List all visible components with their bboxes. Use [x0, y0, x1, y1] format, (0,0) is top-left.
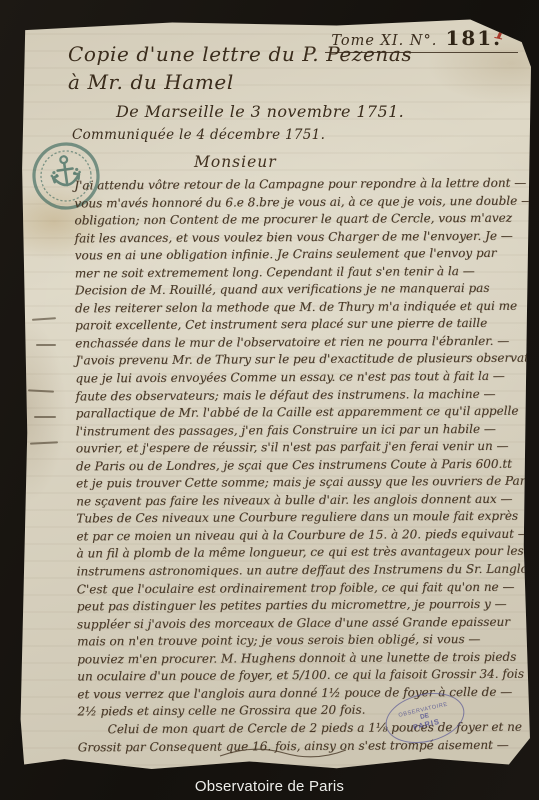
caption-text: Observatoire de Paris	[195, 778, 344, 795]
oval-stamp-line3: PARIS	[412, 717, 441, 732]
margin-ink-mark	[32, 317, 56, 321]
letter-communicated-date: Communiquée le 4 décembre 1751.	[72, 127, 412, 143]
manuscript-page: Tome XI. N°. 181.1 Copie d'une lettre du…	[18, 18, 532, 772]
letter-body: J'ai attendu vôtre retour de la Campagne…	[74, 175, 532, 757]
margin-ink-mark	[36, 344, 56, 346]
manuscript-line: instrumens astronomiques. un autre deffa…	[77, 561, 532, 581]
letter-title-block: Copie d'une lettre du P. Pezenas à Mr. d…	[68, 42, 412, 143]
signature-flourish	[218, 746, 348, 760]
manuscript-line: peut pas distinguer les petites parties …	[77, 596, 532, 616]
salutation: Monsieur	[194, 153, 277, 171]
manuscript-line: parallactique de Mr. l'abbé de la Caille…	[76, 403, 532, 423]
red-ink-annotation: 1	[492, 23, 508, 45]
manuscript-line: et vous verrez que l'anglois aura donné …	[77, 683, 532, 703]
letter-title-line1: Copie d'une lettre du P. Pezenas	[68, 42, 412, 66]
manuscript-line: J'ai attendu vôtre retour de la Campagne…	[74, 175, 532, 195]
letter-place-date: De Marseille le 3 novembre 1751.	[116, 102, 412, 121]
margin-ink-mark	[34, 416, 56, 418]
caption-band: Observatoire de Paris	[0, 772, 539, 800]
manuscript-line: Celui de mon quart de Cercle de 2 pieds …	[78, 719, 532, 739]
margin-ink-mark	[28, 389, 54, 392]
letter-title-line2: à Mr. du Hamel	[68, 70, 412, 94]
scan-background: Tome XI. N°. 181.1 Copie d'une lettre du…	[0, 0, 539, 800]
manuscript-line: que je lui avois envoyées Comme un essay…	[75, 368, 532, 388]
manuscript-line: obligation; non Content de me procurer l…	[74, 210, 532, 230]
margin-ink-mark	[30, 441, 58, 444]
